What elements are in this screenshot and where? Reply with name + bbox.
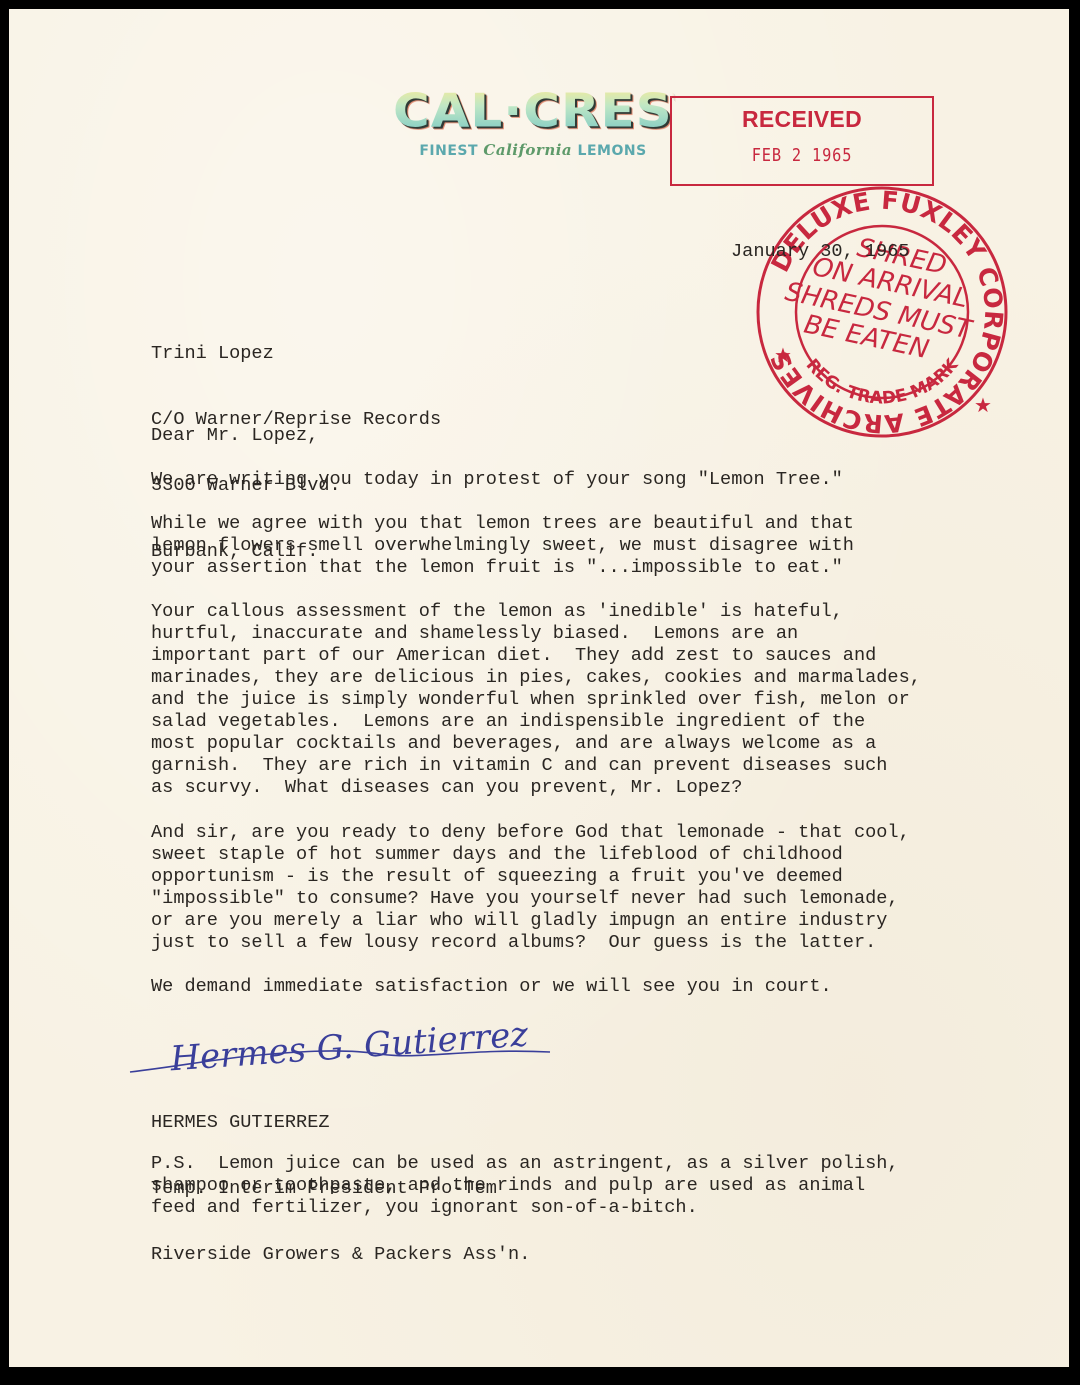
archive-stamp: DELUXE FUXLEY CORPORATE ARCHIVES REG. TR… (752, 182, 1012, 442)
postscript: P.S. Lemon juice can be used as an astri… (151, 1153, 899, 1219)
paragraph-3: Your callous assessment of the lemon as … (151, 601, 921, 799)
star-icon-right: ★ (974, 395, 992, 417)
recipient-line: Trini Lopez (151, 343, 441, 365)
letterhead-logo: CAL·CREST FINEST California LEMONS (393, 83, 673, 159)
salutation: Dear Mr. Lopez, (151, 425, 318, 447)
received-title: RECEIVED (672, 106, 932, 133)
tagline-right: LEMONS (578, 143, 647, 159)
signer-name: HERMES GUTIERREZ (151, 1112, 530, 1134)
paragraph-4: And sir, are you ready to deny before Go… (151, 822, 910, 954)
paragraph-1: We are writing you today in protest of y… (151, 469, 843, 491)
letter-paper: CAL·CREST FINEST California LEMONS RECEI… (9, 9, 1069, 1367)
received-stamp: RECEIVED FEB 2 1965 (670, 96, 934, 186)
tagline-script: California (483, 141, 572, 159)
letter-date: January 30, 1965 (731, 241, 910, 263)
brand-tagline: FINEST California LEMONS (393, 141, 673, 159)
paragraph-2: While we agree with you that lemon trees… (151, 513, 854, 579)
tagline-left: FINEST (419, 143, 478, 159)
signer-organization: Riverside Growers & Packers Ass'n. (151, 1244, 530, 1266)
received-date: FEB 2 1965 (692, 145, 913, 166)
brand-name: CAL·CREST (393, 85, 673, 137)
star-icon-left: ★ (774, 345, 792, 367)
paragraph-5: We demand immediate satisfaction or we w… (151, 976, 832, 998)
